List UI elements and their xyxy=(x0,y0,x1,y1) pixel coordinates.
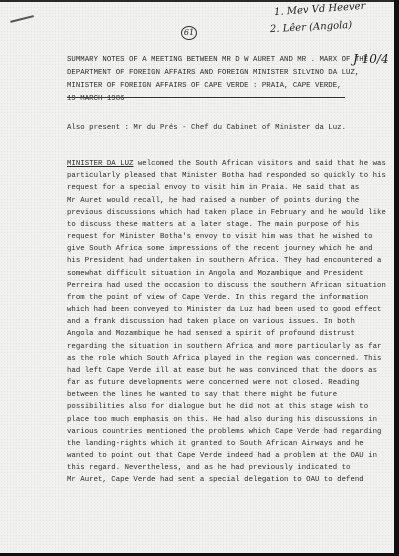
body-line: MINISTER DA LUZ welcomed the South Afric… xyxy=(67,158,367,170)
body-line: particularly pleased that Minister Botha… xyxy=(67,170,367,182)
body-line: regarding the situation in southern Afri… xyxy=(67,341,367,353)
body-line: and a frank discussion had taken place o… xyxy=(67,316,367,328)
body-line: previous discussions which had taken pla… xyxy=(67,207,367,219)
body-line: this regard. Nevertheless, and as he had… xyxy=(67,462,367,474)
body-line: possibilities also for dialogue but he d… xyxy=(67,401,367,413)
body-line-text: welcomed the South African visitors and … xyxy=(133,160,385,168)
body-line: had left Cape Verde ill at ease but he w… xyxy=(67,365,367,377)
body-line: request for Minister Botha's envoy to vi… xyxy=(67,231,367,243)
body-line: as the role which South Africa played in… xyxy=(67,353,367,365)
also-present-line: Also present : Mr du Prés - Chef du Cabi… xyxy=(67,124,346,132)
title-line: MINISTER OF FOREIGN AFFAIRS OF CAPE VERD… xyxy=(67,80,347,93)
body-line: wanted to point out that Cape Verde inde… xyxy=(67,450,367,462)
body-line: between the lines he wanted to say that … xyxy=(67,389,367,401)
title-line: DEPARTMENT OF FOREIGN AFFAIRS AND FOREIG… xyxy=(67,67,347,80)
scan-right-edge xyxy=(394,0,399,556)
body-line: somewhat difficult situation in Angola a… xyxy=(67,268,367,280)
circled-page-number: 61 xyxy=(181,26,197,40)
body-line: from the point of view of Cape Verde. In… xyxy=(67,292,367,304)
body-line: far as future developments were concerne… xyxy=(67,377,367,389)
body-line: Mr Auret would recall, he had raised a n… xyxy=(67,195,367,207)
corner-pen-mark xyxy=(10,15,34,22)
body-line: his President had undertaken in southern… xyxy=(67,255,367,267)
body-line: Perreira had used the occasion to discus… xyxy=(67,280,367,292)
body-line: to discuss these matters at a later stag… xyxy=(67,219,367,231)
scan-top-edge xyxy=(0,0,394,2)
document-title: SUMMARY NOTES OF A MEETING BETWEEN MR D … xyxy=(67,54,347,106)
handwritten-note-line-1: 1. Mev Vd Heever xyxy=(274,1,366,18)
body-line: various countries mentioned the problems… xyxy=(67,426,367,438)
body-line: place too much emphasis on this. He had … xyxy=(67,414,367,426)
title-underline-rule xyxy=(67,97,345,98)
body-paragraph: MINISTER DA LUZ welcomed the South Afric… xyxy=(67,158,367,487)
handwritten-note-line-2: 2. Lêer (Angola) xyxy=(270,20,353,35)
scanned-document-page: 61 1. Mev Vd Heever 2. Lêer (Angola) J 1… xyxy=(0,0,394,553)
body-line: Mr Auret, Cape Verde had sent a special … xyxy=(67,474,367,486)
body-line: request for a special envoy to visit him… xyxy=(67,182,367,194)
body-line: Angola and Mozambique he had sensed a sp… xyxy=(67,328,367,340)
body-line: give South Africa some impressions of th… xyxy=(67,243,367,255)
title-line: SUMMARY NOTES OF A MEETING BETWEEN MR D … xyxy=(67,54,347,67)
title-date: 19 MARCH 1986 xyxy=(67,93,347,106)
body-line: the landing-rights which it granted to S… xyxy=(67,438,367,450)
speaker-name: MINISTER DA LUZ xyxy=(67,160,133,168)
body-line: which had been conveyed to Minister da L… xyxy=(67,304,367,316)
